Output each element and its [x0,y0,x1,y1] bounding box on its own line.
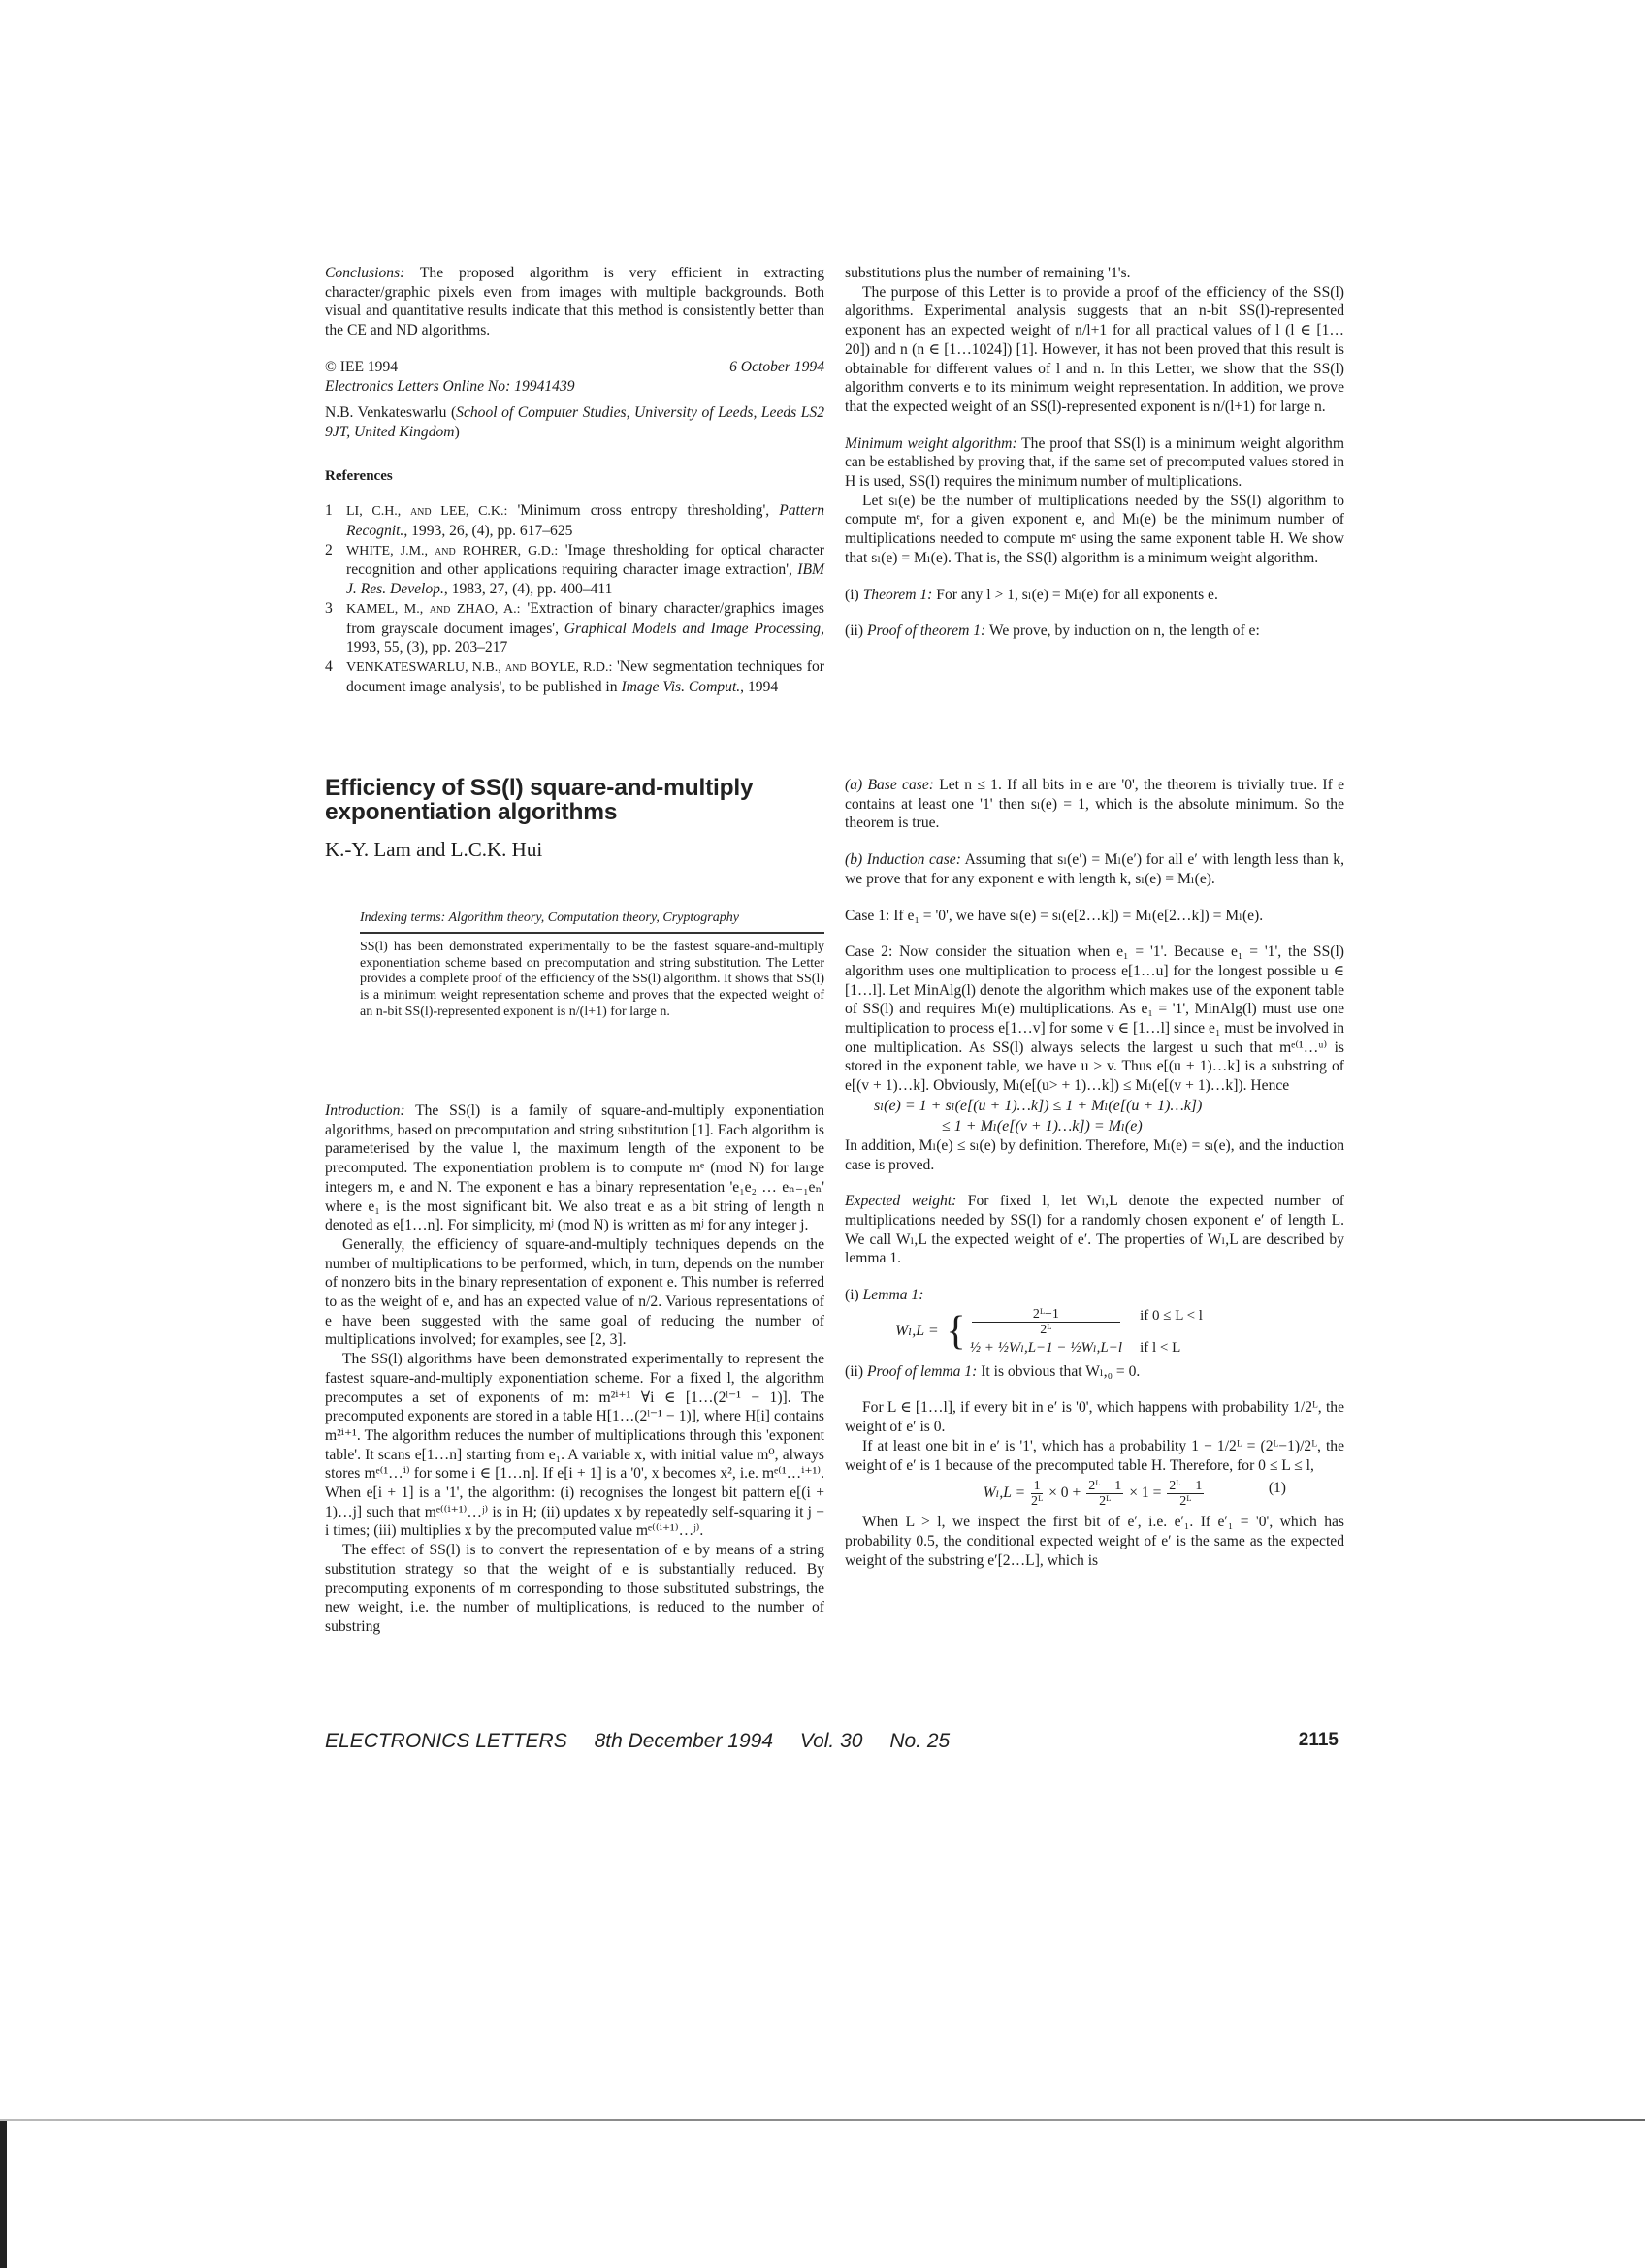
fraction-numerator: 2ᴸ − 1 [1167,1479,1204,1494]
reference-journal: Image Vis. Comput. [621,679,740,695]
equation-term: × 0 + [1048,1485,1081,1501]
reference-authors: VENKATESWARLU, N.B., and BOYLE, R.D.: [346,660,612,675]
page-footer: ELECTRONICS LETTERS 8th December 1994 Vo… [325,1730,1339,1753]
inequality-equation: sₗ(e) = 1 + sₗ(e[(u + 1)…k]) ≤ 1 + Mₗ(e[… [845,1096,1344,1136]
proof-lemma-1: (ii) Proof of lemma 1: It is obvious tha… [845,1362,1344,1382]
fraction-numerator: 2ᴸ−1 [972,1307,1120,1323]
continued-text: substitutions plus the number of remaini… [845,264,1344,283]
cases-brace: { 2ᴸ−12ᴸ if 0 ≤ L < l ½ + ½Wₗ,L−1 − ½Wₗ,… [943,1307,1203,1357]
abstract-divider [360,932,824,934]
reference-number: 4 [325,657,346,696]
lemma-cases: 2ᴸ−12ᴸ if 0 ≤ L < l ½ + ½Wₗ,L−1 − ½Wₗ,L−… [970,1307,1203,1357]
abstract-block: Indexing terms: Algorithm theory, Comput… [360,910,824,1021]
journal-name: ELECTRONICS LETTERS [325,1730,567,1752]
equation-lhs: Wₗ,L = [984,1485,1025,1501]
fraction-denominator: 2ᴸ [1167,1494,1204,1509]
purpose-paragraph: The purpose of this Letter is to provide… [845,283,1344,417]
case-2: Case 2: Now consider the situation when … [845,942,1344,1096]
reference-number: 1 [325,501,346,540]
proof-lemma-prefix: (ii) [845,1363,867,1380]
proof-prefix: (ii) [845,623,867,639]
lemma-label: Lemma 1: [863,1287,924,1303]
reference-journal: Graphical Models and Image Processing [564,621,821,637]
scan-edge-shadow [0,2121,7,2268]
proof-lemma-text: It is obvious that Wₗ,₀ = 0. [977,1363,1140,1380]
expected-weight-label: Expected weight: [845,1193,956,1209]
case-2-condition: if l < L [1140,1339,1203,1357]
case-1-condition: if 0 ≤ L < l [1140,1307,1203,1337]
base-case: (a) Base case: Let n ≤ 1. If all bits in… [845,776,1344,833]
reference-authors: KAMEL, M., and ZHAO, A.: [346,602,520,617]
base-case-label: (a) Base case: [845,777,934,793]
fraction-denominator: 2ᴸ [1031,1494,1043,1509]
references-list: 1 LI, C.H., and LEE, C.K.: 'Minimum cros… [325,501,824,696]
case-2-expression: ½ + ½Wₗ,L−1 − ½Wₗ,L−l [970,1339,1122,1357]
lemma-1: (i) Lemma 1: [845,1286,1344,1305]
equation-term: × 1 = [1129,1485,1161,1501]
online-number: Electronics Letters Online No: 19941439 [325,378,575,395]
theorem-prefix: (i) [845,587,863,603]
reference-item: 4 VENKATESWARLU, N.B., and BOYLE, R.D.: … [325,657,824,696]
equation-number: (1) [1269,1479,1286,1498]
introduction-text: The SS(l) is a family of square-and-mult… [325,1102,824,1233]
induction-case-label: (b) Induction case: [845,851,961,868]
reference-title: 'Minimum cross entropy thresholding', [507,502,779,519]
received-date: 6 October 1994 [729,358,824,377]
fraction-denominator: 2ᴸ [972,1323,1120,1337]
author-affiliation: N.B. Venkateswarlu (School of Computer S… [325,403,824,441]
body-paragraph: The effect of SS(l) is to convert the re… [325,1541,824,1637]
reference-item: 3 KAMEL, M., and ZHAO, A.: 'Extraction o… [325,599,824,657]
proof-label: Proof of theorem 1: [867,623,985,639]
article-header: Efficiency of SS(l) square-and-multiply … [325,776,824,862]
paren-close: ) [455,424,460,440]
right-column-body: (a) Base case: Let n ≤ 1. If all bits in… [845,776,1344,1570]
min-weight-paragraph: Minimum weight algorithm: The proof that… [845,434,1344,492]
induction-case: (b) Induction case: Assuming that sₗ(e′)… [845,850,1344,888]
fraction: 12ᴸ [1031,1479,1043,1509]
copyright: © IEE 1994 [325,358,398,377]
conclusions-label: Conclusions: [325,265,404,281]
lemma-prefix: (i) [845,1287,863,1303]
issue-number: No. 25 [889,1730,950,1752]
reference-number: 2 [325,541,346,599]
left-column-body: Introduction: The SS(l) is a family of s… [325,1102,824,1637]
theorem-1: (i) Theorem 1: For any l > 1, sₗ(e) = Mₗ… [845,586,1344,605]
introduction-paragraph: Introduction: The SS(l) is a family of s… [325,1102,824,1235]
reference-details: , 1994 [740,679,778,695]
author-name: N.B. Venkateswarlu ( [325,404,456,421]
references-heading: References [325,467,824,487]
reference-item: 2 WHITE, J.M., and ROHRER, G.D.: 'Image … [325,541,824,599]
right-column-top: substitutions plus the number of remaini… [845,264,1344,641]
body-paragraph: If at least one bit in e′ is '1', which … [845,1437,1344,1475]
lemma-equation: Wₗ,L = { 2ᴸ−12ᴸ if 0 ≤ L < l ½ + ½Wₗ,L−1… [845,1307,1344,1357]
lemma-lhs: Wₗ,L = [895,1323,939,1339]
reference-authors: WHITE, J.M., and ROHRER, G.D.: [346,544,558,559]
article-title: Efficiency of SS(l) square-and-multiply … [325,776,824,824]
volume: Vol. 30 [800,1730,863,1752]
introduction-label: Introduction: [325,1102,405,1119]
reference-details: , 1993, 26, (4), pp. 617–625 [403,523,572,539]
body-paragraph: The SS(l) algorithms have been demonstra… [325,1350,824,1541]
left-column-top: Conclusions: The proposed algorithm is v… [325,264,824,696]
body-paragraph: Generally, the efficiency of square-and-… [325,1235,824,1350]
page-number: 2115 [1299,1730,1339,1753]
issue-date: 8th December 1994 [595,1730,773,1752]
proof-theorem-1: (ii) Proof of theorem 1: We prove, by in… [845,622,1344,641]
fraction-denominator: 2ᴸ [1086,1494,1123,1509]
abstract-text: SS(l) has been demonstrated experimental… [360,940,824,1021]
equation-line-2: ≤ 1 + Mₗ(e[(v + 1)…k]) = Mₗ(e) [874,1116,1344,1136]
case-1-fraction: 2ᴸ−12ᴸ [972,1307,1120,1337]
theorem-label: Theorem 1: [863,587,933,603]
body-paragraph: For L ∈ [1…l], if every bit in e′ is '0'… [845,1398,1344,1436]
fraction: 2ᴸ − 12ᴸ [1086,1479,1123,1509]
article-authors: K.-Y. Lam and L.C.K. Hui [325,838,824,862]
fraction-numerator: 2ᴸ − 1 [1086,1479,1123,1494]
reference-number: 3 [325,599,346,657]
fraction: 2ᴸ − 12ᴸ [1167,1479,1204,1509]
equation-line-1: sₗ(e) = 1 + sₗ(e[(u + 1)…k]) ≤ 1 + Mₗ(e[… [874,1096,1344,1116]
fraction-numerator: 1 [1031,1479,1043,1494]
proof-text: We prove, by induction on n, the length … [985,623,1260,639]
brace-icon: { [947,1312,966,1351]
addition-paragraph: In addition, Mₗ(e) ≤ sₗ(e) by definition… [845,1136,1344,1174]
journal-info: ELECTRONICS LETTERS 8th December 1994 Vo… [325,1730,971,1753]
reference-item: 1 LI, C.H., and LEE, C.K.: 'Minimum cros… [325,501,824,540]
scan-page-edge [0,2119,1645,2121]
reference-details: , 1983, 27, (4), pp. 400–411 [444,581,613,597]
reference-authors: LI, C.H., and LEE, C.K.: [346,504,507,519]
indexing-terms: Indexing terms: Algorithm theory, Comput… [360,910,824,926]
definition-paragraph: Let sₗ(e) be the number of multiplicatio… [845,492,1344,568]
equation-1: Wₗ,L = 12ᴸ × 0 + 2ᴸ − 12ᴸ × 1 = 2ᴸ − 12ᴸ… [845,1475,1344,1513]
expected-weight-paragraph: Expected weight: For fixed l, let Wₗ,L d… [845,1192,1344,1268]
case-1: Case 1: If e₁ = '0', we have sₗ(e) = sₗ(… [845,907,1344,926]
copyright-row: © IEE 1994 6 October 1994 [325,358,824,377]
theorem-text: For any l > 1, sₗ(e) = Mₗ(e) for all exp… [932,587,1218,603]
min-weight-label: Minimum weight algorithm: [845,435,1017,452]
body-paragraph: When L > l, we inspect the first bit of … [845,1513,1344,1570]
conclusions-paragraph: Conclusions: The proposed algorithm is v… [325,264,824,340]
proof-lemma-label: Proof of lemma 1: [867,1363,977,1380]
